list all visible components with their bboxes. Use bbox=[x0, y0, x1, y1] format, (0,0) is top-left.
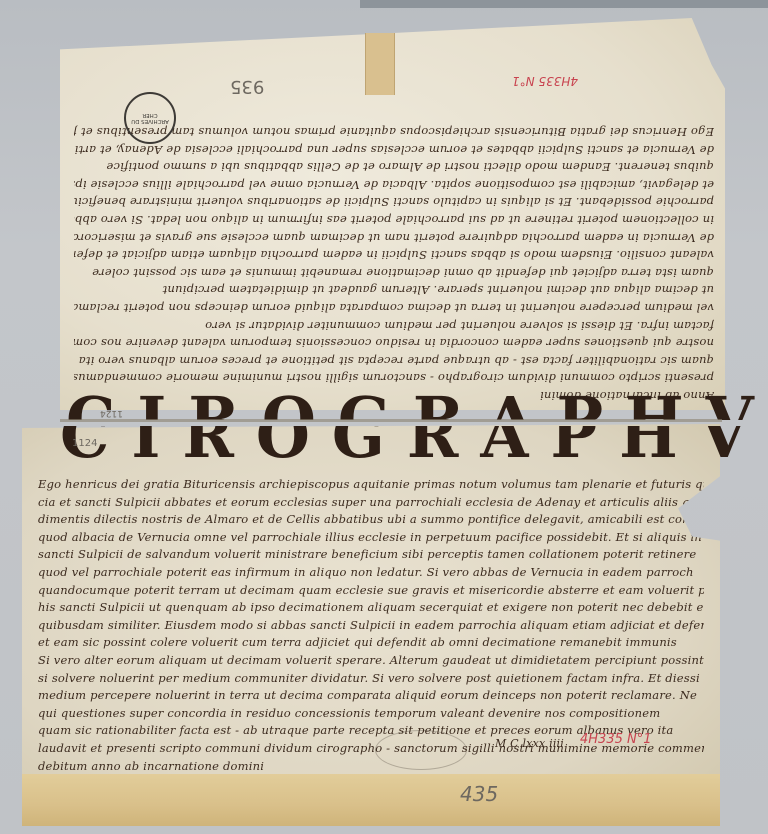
text-line: factam infra. Et diessi si solvere nolue… bbox=[74, 316, 714, 334]
text-line: valeant consilio. Eiusdem modo si abbas … bbox=[74, 246, 714, 264]
text-line: Ego henricus dei gratia Bituricensis arc… bbox=[38, 476, 704, 494]
text-line: dimentis dilectis nostris de Almaro et d… bbox=[38, 511, 704, 529]
text-line: in collectionem poterit retinere ut ad s… bbox=[74, 210, 714, 228]
text-line: Si vero alter eorum aliquam ut decimam v… bbox=[38, 652, 704, 670]
red-catalog-number: 4H335 N°1 bbox=[580, 732, 652, 747]
text-line: qui questiones super concordia in residu… bbox=[38, 705, 704, 723]
lower-text-block: Ego henricus dei gratia Bituricensis arc… bbox=[38, 476, 704, 776]
text-line: quibus tenerent. Eandem modo dilecti nos… bbox=[74, 158, 714, 176]
text-line: quod vel parrochiale poterit eas infirmu… bbox=[38, 564, 704, 582]
text-line: vel medium percepere noluerint in terra … bbox=[74, 298, 714, 316]
text-line: quod albacia de Vernucia omne vel parroc… bbox=[38, 529, 704, 547]
chirograph-cut-word-lower: CIROGRAPHVM bbox=[60, 426, 768, 472]
archive-stamp-icon: ARCHIVES DU CHER bbox=[124, 92, 176, 144]
chirograph-lower-half: Ego henricus dei gratia Bituricensis arc… bbox=[22, 424, 720, 826]
text-line: medium percepere noluerint in terra ut d… bbox=[38, 687, 704, 705]
archive-stamp-text: ARCHIVES DU CHER bbox=[126, 112, 174, 124]
date-fragment: M C lxxx iiii bbox=[495, 735, 564, 753]
text-line: cia et sancti Sulpicii abbates et eorum … bbox=[38, 494, 704, 512]
text-line: his sancti Sulpicii ut quenquam ab ipso … bbox=[38, 599, 704, 617]
text-line: nostre qui questiones super eadem concor… bbox=[74, 334, 714, 352]
paper-tape-strip bbox=[365, 33, 395, 95]
text-line: et delegavit, amicabili est compositione… bbox=[74, 175, 714, 193]
background-edge bbox=[360, 0, 768, 8]
fold-strip bbox=[22, 774, 720, 826]
upper-text-block: Anno ab incarnatione domini presenti scr… bbox=[74, 114, 714, 404]
red-catalog-number-inverted: 4H335 N°1 bbox=[512, 74, 578, 88]
pencil-number-top-left: 1124 bbox=[72, 438, 97, 449]
text-line: quam sic rationabiliter facta est - ab u… bbox=[74, 351, 714, 369]
pencil-number: 935 bbox=[230, 76, 264, 97]
text-line: debitum anno ab incarnatione domini bbox=[38, 758, 704, 776]
text-line: quibusdam similiter. Eiusdem modo si abb… bbox=[38, 617, 704, 635]
text-line: et eam sic possint colere voluerit cum t… bbox=[38, 634, 704, 652]
text-line: si solvere noluerint per medium communit… bbox=[38, 670, 704, 688]
text-line: de Vernucia in eadem parrochia adquirere… bbox=[74, 228, 714, 246]
text-line: sancti Sulpicii de salvandum voluerit mi… bbox=[38, 546, 704, 564]
text-line: parrochie possidebant. Et si aliquis in … bbox=[74, 193, 714, 211]
fold-pencil-number: 435 bbox=[460, 782, 498, 806]
chirograph-cut-word-upper: CIROGRAPHVM bbox=[66, 384, 768, 420]
text-line: ut decima aliqua aut decimi noluerint sp… bbox=[74, 281, 714, 299]
cut-line bbox=[60, 419, 722, 422]
text-line: quam ista terra adjiciet qui defendit ab… bbox=[74, 263, 714, 281]
text-line: de Vernucia et sancti Sulpicii abbates e… bbox=[74, 140, 714, 158]
text-line: quandocumque poterit terram ut decimam q… bbox=[38, 582, 704, 600]
